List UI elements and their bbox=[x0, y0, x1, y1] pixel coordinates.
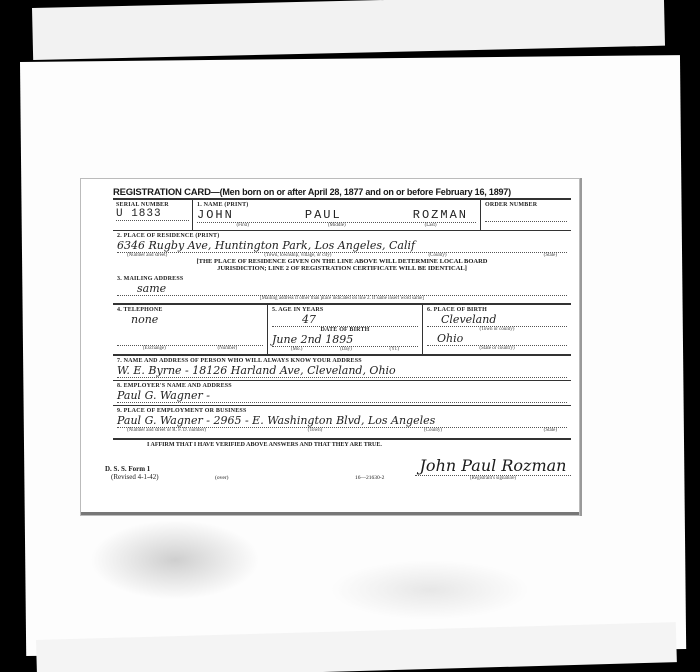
serial-number-field: SERIAL NUMBER U 1833 bbox=[113, 200, 193, 230]
caption-day: (Day) bbox=[340, 347, 352, 352]
name-values: JOHN PAUL ROZMAN bbox=[197, 208, 476, 223]
jurisdiction-notice-2: JURISDICTION; LINE 2 OF REGISTRATION CER… bbox=[117, 265, 567, 272]
caption-town: (Town) bbox=[308, 428, 323, 433]
title-text: REGISTRATION CARD bbox=[113, 187, 211, 198]
middle-caption: (Middle) bbox=[328, 223, 346, 228]
last-caption: (Last) bbox=[425, 223, 437, 228]
contact-field: 7. NAME AND ADDRESS OF PERSON WHO WILL A… bbox=[113, 356, 571, 380]
signature-caption: (Registrant's signature) bbox=[415, 476, 571, 481]
caption-exchange: (Exchange) bbox=[143, 346, 166, 351]
age-value: 47 bbox=[272, 313, 418, 327]
birth-town: Cleveland bbox=[427, 313, 567, 327]
row-contact: 7. NAME AND ADDRESS OF PERSON WHO WILL A… bbox=[113, 354, 571, 380]
row-mailing: 3. MAILING ADDRESS same [Mailing address… bbox=[113, 274, 571, 303]
name-field: 1. NAME (Print) JOHN PAUL ROZMAN (First)… bbox=[193, 200, 481, 230]
affirmation-statement: I AFFIRM THAT I HAVE VERIFIED ABOVE ANSW… bbox=[113, 438, 571, 448]
form-id: D. S. S. Form 1 (Revised 4-1-42) bbox=[105, 465, 205, 481]
registrant-signature: John Paul Rozman bbox=[415, 456, 571, 476]
employment-value: Paul G. Wagner - 2965 - E. Washington Bl… bbox=[117, 414, 567, 428]
print-number: 16—21630-2 bbox=[355, 475, 415, 481]
mailing-field: 3. MAILING ADDRESS same [Mailing address… bbox=[113, 274, 571, 303]
middle-name: PAUL bbox=[305, 208, 342, 222]
telephone-field: 4. TELEPHONE none (Exchange) (Number) bbox=[113, 305, 268, 354]
row-employer: 8. EMPLOYER'S NAME AND ADDRESS Paul G. W… bbox=[113, 380, 571, 405]
birth-state-caption: (State or country) bbox=[427, 346, 567, 351]
caption-year: (Yr.) bbox=[390, 347, 400, 352]
order-number-field: ORDER NUMBER bbox=[481, 200, 571, 230]
dob-captions: (Mo.) (Day) (Yr.) bbox=[272, 347, 418, 352]
registration-card: REGISTRATION CARD—(Men born on or after … bbox=[80, 178, 580, 516]
scan-smudge bbox=[90, 520, 260, 600]
row-residence: 2. PLACE OF RESIDENCE (Print) 6346 Rugby… bbox=[113, 230, 571, 274]
signature-field: John Paul Rozman (Registrant's signature… bbox=[415, 456, 571, 481]
telephone-line bbox=[117, 326, 263, 346]
mailing-caption: [Mailing address if other than place ind… bbox=[117, 296, 567, 301]
dob-value: June 2nd 1895 bbox=[272, 333, 418, 347]
residence-value: 6346 Rugby Ave, Huntington Park, Los Ang… bbox=[117, 239, 567, 253]
employment-captions: (Number and street or R. F. D. number) (… bbox=[117, 428, 567, 433]
order-value bbox=[485, 208, 567, 222]
card-title: REGISTRATION CARD—(Men born on or after … bbox=[91, 187, 571, 198]
jurisdiction-notice-1: [THE PLACE OF RESIDENCE GIVEN ON THE LIN… bbox=[117, 258, 567, 265]
employment-field: 9. PLACE OF EMPLOYMENT OR BUSINESS Paul … bbox=[113, 406, 571, 435]
row-name: SERIAL NUMBER U 1833 1. NAME (Print) JOH… bbox=[113, 198, 571, 230]
form-revised: (Revised 4-1-42) bbox=[105, 473, 205, 481]
mailing-value: same bbox=[117, 282, 567, 296]
over-note: (over) bbox=[205, 475, 355, 481]
birthplace-field: 6. PLACE OF BIRTH Cleveland (Town or cou… bbox=[423, 305, 571, 354]
last-name: ROZMAN bbox=[413, 208, 468, 222]
birth-state: Ohio bbox=[427, 332, 567, 346]
form-number: D. S. S. Form 1 bbox=[105, 465, 205, 473]
contact-value: W. E. Byrne - 18126 Harland Ave, Clevela… bbox=[117, 364, 567, 378]
telephone-captions: (Exchange) (Number) bbox=[117, 346, 263, 351]
serial-value: U 1833 bbox=[116, 208, 189, 221]
title-subtitle: —(Men born on or after April 28, 1877 an… bbox=[211, 187, 511, 197]
adjacent-page-strip-top bbox=[32, 0, 665, 60]
employer-value: Paul G. Wagner - bbox=[117, 389, 567, 403]
scan-smudge bbox=[330, 560, 530, 620]
row-personal: 4. TELEPHONE none (Exchange) (Number) 5.… bbox=[113, 303, 571, 354]
employer-field: 8. EMPLOYER'S NAME AND ADDRESS Paul G. W… bbox=[113, 381, 571, 405]
row-employment: 9. PLACE OF EMPLOYMENT OR BUSINESS Paul … bbox=[113, 405, 571, 435]
age-field: 5. AGE IN YEARS 47 DATE OF BIRTH June 2n… bbox=[268, 305, 423, 354]
caption-county: (County) bbox=[424, 428, 442, 433]
residence-field: 2. PLACE OF RESIDENCE (Print) 6346 Rugby… bbox=[113, 231, 571, 274]
caption-street: (Number and street or R. F. D. number) bbox=[127, 428, 206, 433]
caption-state: (State) bbox=[544, 428, 557, 433]
card-footer: D. S. S. Form 1 (Revised 4-1-42) (over) … bbox=[91, 456, 571, 481]
name-captions: (First) (Middle) (Last) bbox=[197, 223, 476, 228]
first-name: JOHN bbox=[197, 208, 234, 222]
telephone-value: none bbox=[117, 313, 263, 326]
caption-street: (Number and street) bbox=[127, 253, 167, 258]
caption-month: (Mo.) bbox=[291, 347, 303, 352]
first-caption: (First) bbox=[236, 223, 249, 228]
caption-number: (Number) bbox=[217, 346, 237, 351]
caption-state: (State) bbox=[544, 253, 557, 258]
